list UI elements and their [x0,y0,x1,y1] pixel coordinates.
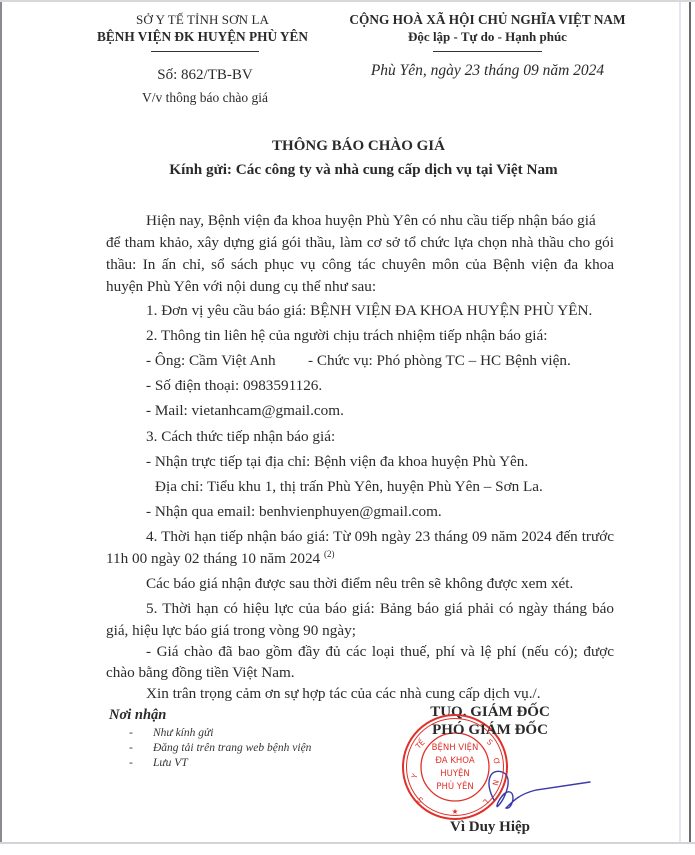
document-subject: V/v thông báo chào giá [80,89,330,106]
item-1: 1. Đơn vị yêu cầu báo giá: BỆNH VIỆN ĐA … [146,302,592,320]
recipients-list: -Như kính gửi -Đăng tải trên trang web b… [109,726,311,771]
recipients-label: Nơi nhận [109,707,166,724]
item-4-line-2: 11h 00 ngày 02 tháng 10 năm 2024 [106,550,320,567]
national-title: CỘNG HOÀ XÃ HỘI CHỦ NGHĨA VIỆT NAM [345,12,630,28]
intro-line-1: Hiện nay, Bệnh viện đa khoa huyện Phù Yê… [146,212,596,230]
organization-name: BỆNH VIỆN ĐK HUYỆN PHÙ YÊN [80,28,325,45]
receive-email[interactable]: - Nhận qua email: benhvienphuyen@gmail.c… [146,503,442,521]
item-5-line-1: 5. Thời hạn có hiệu lực của báo giá: Bản… [146,600,614,618]
header-right-underline [433,51,542,52]
footnote-marker: (2) [324,549,335,559]
contact-phone: - Số điện thoại: 0983591126. [146,377,322,395]
document-title: THÔNG BÁO CHÀO GIÁ [272,137,445,155]
agency-name: SỞ Y TẾ TỈNH SƠN LA [80,12,325,28]
late-notice: Các báo giá nhận được sau thời điểm nêu … [146,575,573,593]
page-margin-line [679,2,681,842]
addressee-wrap: Kính gửi: Các công ty và nhà cung cấp dị… [0,161,695,179]
price-line-1: - Giá chào đã bao gồm đầy đủ các loại th… [146,643,614,661]
page-border-left [0,2,2,842]
item-4-line-2-wrap: 11h 00 ngày 02 tháng 10 năm 2024 (2) [106,550,334,568]
recipient-item: -Lưu VT [109,756,311,771]
addressee: Kính gửi: Các công ty và nhà cung cấp dị… [169,161,557,179]
svg-text:BỆNH VIỆN: BỆNH VIỆN [432,741,479,753]
item-2: 2. Thông tin liên hệ của người chịu trác… [146,327,547,345]
item-5-line-2: giá, hiệu lực báo giá trong vòng 90 ngày… [106,622,356,640]
svg-text:TẾ: TẾ [412,737,427,752]
signer-name: Vì Duy Hiệp [380,818,600,836]
recipient-item: -Như kính gửi [109,726,311,741]
contact-position: - Chức vụ: Phó phòng TC – HC Bệnh viện. [308,352,571,370]
item-3: 3. Cách thức tiếp nhận báo giá: [146,428,335,446]
page-border-bottom [0,842,695,844]
page-border-top [0,0,695,2]
handwritten-signature-icon [480,760,600,820]
svg-text:HUYỆN: HUYỆN [440,767,470,779]
recipient-item: -Đăng tải trên trang web bệnh viện [109,741,311,756]
national-motto: Độc lập - Tự do - Hạnh phúc [345,28,630,45]
header-left: SỞ Y TẾ TỈNH SƠN LA BỆNH VIỆN ĐK HUYỆN P… [80,12,325,45]
closing-line: Xin trân trọng cảm ơn sự hợp tác của các… [146,685,541,703]
svg-text:PHÙ YÊN: PHÙ YÊN [436,780,473,792]
svg-text:ĐA KHOA: ĐA KHOA [435,756,474,766]
document-number: Số: 862/TB-BV [80,66,330,84]
place-date: Phù Yên, ngày 23 tháng 09 năm 2024 [345,62,630,80]
intro-line-2: để tham khảo, xây dựng giá gói thầu, làm… [106,234,614,252]
receive-direct: - Nhận trực tiếp tại địa chỉ: Bệnh viện … [146,453,528,471]
header-left-underline [151,51,259,52]
signature-position: PHÓ GIÁM ĐỐC [380,721,600,739]
address: Địa chỉ: Tiểu khu 1, thị trấn Phù Yên, h… [155,478,543,496]
price-line-2: chào bằng đồng tiền Việt Nam. [106,664,295,682]
document-title-wrap: THÔNG BÁO CHÀO GIÁ [0,137,695,155]
svg-text:Y: Y [409,772,420,781]
contact-name: - Ông: Cầm Việt Anh [146,352,276,370]
intro-line-3: thầu: In ấn chỉ, sổ sách phục vụ công tá… [106,256,614,274]
svg-text:★: ★ [452,807,459,816]
item-4-line-1: 4. Thời hạn tiếp nhận báo giá: Từ 09h ng… [146,528,614,546]
contact-mail[interactable]: - Mail: vietanhcam@gmail.com. [146,402,344,420]
header-right: CỘNG HOÀ XÃ HỘI CHỦ NGHĨA VIỆT NAM Độc l… [345,12,630,45]
page-border-right [689,2,691,842]
intro-line-4: huyện Phù Yên với nội dung cụ thể như sa… [106,278,376,296]
